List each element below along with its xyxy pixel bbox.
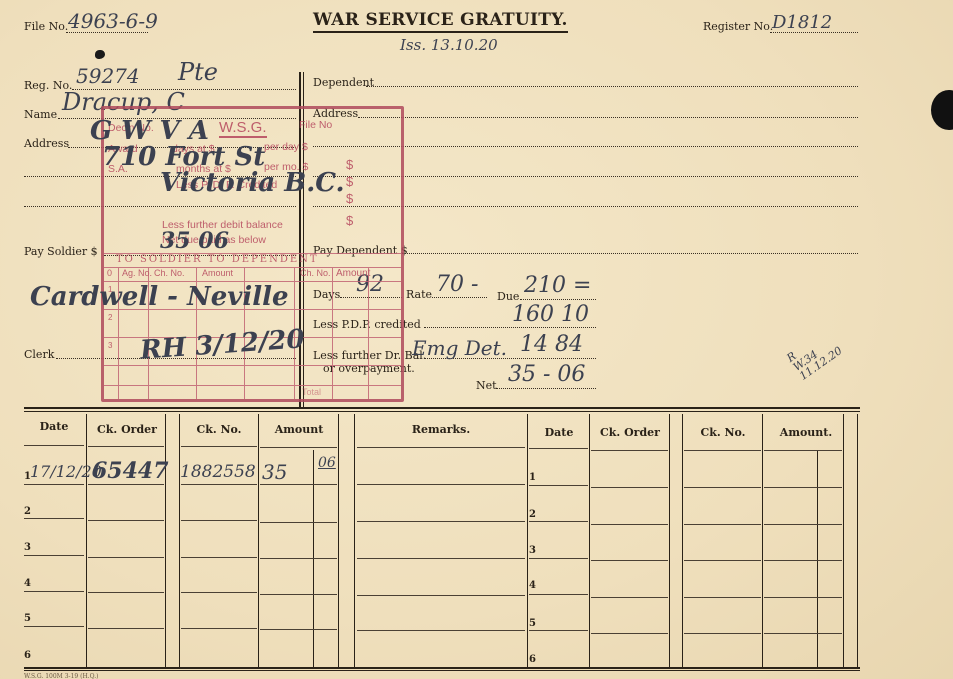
- col-header-ck-no-right: Ck. No.: [684, 426, 762, 439]
- col-header-ck-no: Ck. No.: [180, 423, 258, 436]
- row-num-6: 6: [24, 650, 31, 661]
- ink-blot: [95, 50, 105, 59]
- rank-value: Pte: [178, 58, 218, 86]
- form-title: WAR SERVICE GRATUITY.: [313, 10, 568, 33]
- stamp-dollar-3: $: [346, 191, 353, 206]
- clerk-label: Clerk: [24, 348, 54, 361]
- net-value: 35 - 06: [508, 362, 585, 387]
- col-header-ck-order-right: Ck. Order: [592, 426, 668, 439]
- bottom-rule-inner: [24, 670, 860, 671]
- row1-amount-dollars: 35: [262, 460, 287, 484]
- form-code: W.S.G. 100M 3-19 (H.Q.): [24, 673, 98, 679]
- less-pdp-value: 160 10: [512, 302, 589, 327]
- pay-dependent-line: [402, 253, 858, 254]
- gratuity-form: File No. 4963-6-9 WAR SERVICE GRATUITY. …: [0, 0, 953, 679]
- dependent-address-line-1: [358, 117, 858, 118]
- stamp-row-2: 2: [108, 313, 112, 322]
- pay-soldier-value: 35 06: [160, 228, 229, 254]
- right-row-num-2: 2: [529, 509, 536, 520]
- register-no-label: Register No.: [703, 20, 773, 33]
- less-further-value: 14 84: [520, 332, 583, 357]
- stamp-dollar-2: $: [346, 174, 353, 189]
- due-value: 210 =: [524, 273, 591, 298]
- stamp-col-0: 0: [107, 268, 112, 278]
- right-row-num-4: 4: [529, 580, 536, 591]
- reg-no-value: 59274: [76, 64, 140, 88]
- row-num-3: 3: [24, 542, 31, 553]
- stamp-dollar-4: $: [346, 213, 353, 228]
- rate-label: Rate: [406, 288, 432, 301]
- col-header-amount-right: Amount.: [764, 426, 848, 439]
- net-line: [496, 388, 596, 389]
- row1-ck-order: 65447: [92, 458, 169, 484]
- row-num-4: 4: [24, 578, 31, 589]
- stamp-col-ag-no: Ag. No.: [122, 268, 152, 278]
- signature: Cardwell - Neville: [30, 282, 289, 312]
- row1-ck-no: 1882558: [180, 462, 256, 482]
- soldier-address-handwritten: G W V A 710 Fort St Victoria B.C.: [90, 118, 345, 196]
- right-row-num-1: 1: [529, 472, 536, 483]
- margin-note: R W.34 11.12.20: [785, 327, 844, 382]
- address-handwritten-line-1: G W V A: [90, 118, 345, 144]
- stamp-dollar-1: $: [346, 157, 353, 172]
- right-row-num-5: 5: [529, 618, 536, 629]
- less-pdp-line: [424, 327, 596, 328]
- right-row-num-3: 3: [529, 545, 536, 556]
- right-row-num-6: 6: [529, 654, 536, 665]
- stamp-col-amount: Amount: [202, 268, 233, 278]
- col-header-date-right: Date: [529, 426, 589, 439]
- section-separator-inner: [24, 411, 860, 412]
- file-no-label: File No.: [24, 20, 68, 33]
- address-label: Address: [24, 137, 69, 150]
- col-header-ck-order: Ck. Order: [88, 423, 166, 436]
- row-num-2: 2: [24, 506, 31, 517]
- address-handwritten-line-3: Victoria B.C.: [160, 170, 345, 196]
- col-header-date: Date: [24, 420, 84, 433]
- register-no-value: D1812: [772, 12, 832, 33]
- stamp-col-ch-no: Ch. No.: [154, 268, 185, 278]
- further-note: Emg Det.: [412, 336, 507, 360]
- row-num-5: 5: [24, 613, 31, 624]
- col-header-amount: Amount: [260, 423, 338, 436]
- dependent-label: Dependent: [313, 76, 374, 89]
- stamp-col-amount-2: Amount: [336, 268, 370, 279]
- rate-value: 70 -: [436, 272, 478, 297]
- stamp-total-label: Total: [302, 387, 321, 397]
- address-handwritten-line-2: 710 Fort St: [102, 144, 345, 170]
- net-label: Net: [476, 379, 497, 392]
- stamp-row-3: 3: [108, 341, 112, 350]
- bottom-rule: [24, 667, 860, 669]
- rate-line: [432, 297, 487, 298]
- issued-note: Iss. 13.10.20: [400, 36, 498, 54]
- stamp-table-caption: TO SOLDIER TO DEPENDENT: [116, 254, 319, 265]
- col-header-remarks: Remarks.: [356, 423, 526, 436]
- name-label: Name: [24, 108, 57, 121]
- row1-amount-cents: 06: [318, 455, 336, 471]
- punch-hole: [931, 90, 953, 130]
- pay-soldier-label: Pay Soldier $: [24, 245, 98, 258]
- stamp-col-ch-no-2: Ch. No.: [300, 268, 331, 278]
- section-separator: [24, 407, 860, 409]
- dependent-line: [366, 86, 858, 87]
- file-no-value: 4963-6-9: [68, 9, 158, 33]
- due-line: [520, 299, 596, 300]
